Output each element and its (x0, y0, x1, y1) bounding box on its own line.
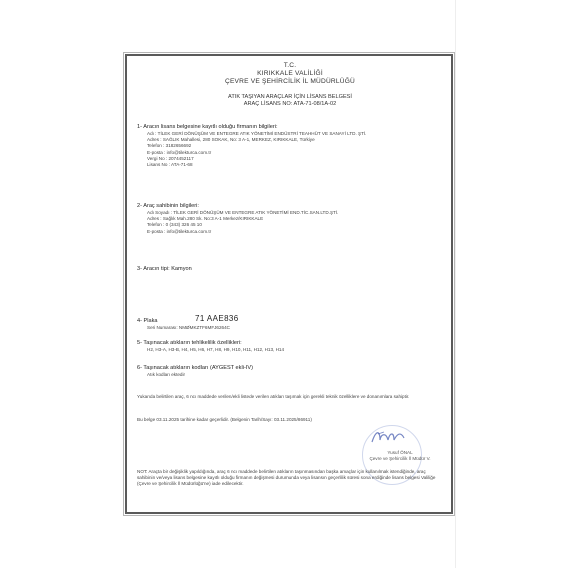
scan-artifact-line (455, 0, 456, 568)
note-paragraph: NOT: Araçta bir değişiklik yapıldığında,… (137, 469, 442, 487)
section-1-title: 1- Aracın lisans belgesine kayıtlı olduğ… (137, 124, 447, 131)
document-content: T.C. KIRIKKALE VALİLİĞİ ÇEVRE VE ŞEHİRCİ… (135, 62, 445, 109)
section-6-title: 6- Taşınacak atıkların kodları (AYGEST e… (137, 365, 437, 372)
hazard-codes: H2, H3-A, H3-B, H4, H5, H6, H7, H8, H9, … (137, 347, 437, 353)
plate-number: 71 AAE836 (195, 316, 239, 323)
section-hazard-properties: 5- Taşınacak atıkların tehlikelilik özel… (137, 340, 437, 353)
signatory-title: Çevre ve Şehircilik İl Müdür V. (340, 456, 460, 462)
validity-paragraph: Bu belge 03.11.2025 tarihine kadar geçer… (137, 417, 377, 423)
header-directorate: ÇEVRE VE ŞEHİRCİLİK İL MÜDÜRLÜĞÜ (135, 78, 445, 86)
statement-paragraph: Yukarıda belirtilen araç, 6 ncı maddede … (137, 394, 442, 400)
section-waste-codes: 6- Taşınacak atıkların kodları (AYGEST e… (137, 365, 437, 378)
license-number: ARAÇ LİSANS NO: ATA-71-08/1A-02 (135, 101, 445, 108)
plate-label: 4- Plaka (137, 318, 158, 324)
section-plate: 4- Plaka 71 AAE836 Seri Numarası: NMØMKZ… (137, 318, 437, 331)
section-2-title: 2- Araç sahibinin bilgileri: (137, 203, 447, 210)
section-owner-info: 2- Araç sahibinin bilgileri: Adı Soyadı … (137, 203, 447, 235)
section-company-info: 1- Aracın lisans belgesine kayıtlı olduğ… (137, 124, 447, 168)
signature-block: Yusuf ÖNAL Çevre ve Şehircilik İl Müdür … (340, 450, 460, 462)
waste-codes-value: Atık kodları ektedir (137, 372, 437, 378)
section-5-title: 5- Taşınacak atıkların tehlikelilik özel… (137, 340, 437, 347)
section-vehicle-type: 3- Aracın tipi: Kamyon (137, 266, 192, 273)
owner-email: E-posta : info@tilekturca.com.tr (137, 229, 447, 235)
section-3-title: 3- Aracın tipi: Kamyon (137, 266, 192, 273)
header-tc: T.C. (135, 62, 445, 70)
signature-icon (368, 426, 408, 448)
header-governorship: KIRIKKALE VALİLİĞİ (135, 70, 445, 78)
serial-number: Seri Numarası: NMØMKZTF6MFJ6264C (137, 325, 437, 331)
company-license-no: Lisans No : ATA-71-68 (137, 162, 447, 168)
